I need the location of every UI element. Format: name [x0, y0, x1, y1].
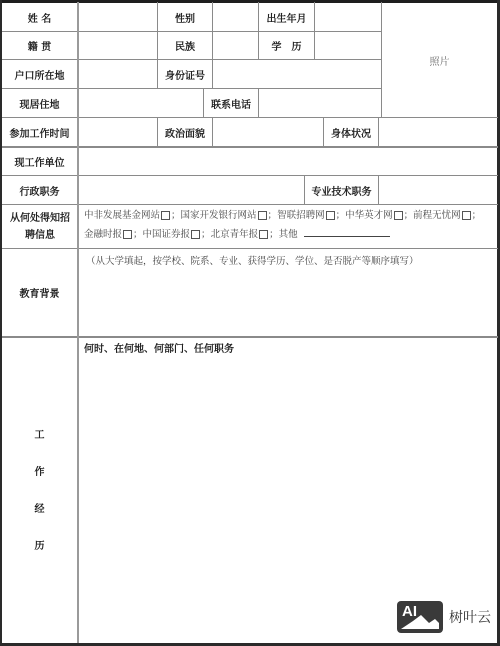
other-label: 其他	[279, 229, 298, 240]
ethnicity-label: 民族	[158, 32, 212, 59]
hukou-label: 户口所在地	[2, 60, 77, 88]
source-options-line-2: 金融时报；中国证券报；北京青年报；其他	[84, 225, 496, 244]
checkbox[interactable]	[123, 230, 132, 239]
checkbox[interactable]	[462, 211, 471, 220]
native-field[interactable]	[78, 32, 157, 59]
ethnicity-field[interactable]	[213, 32, 258, 59]
checkbox[interactable]	[258, 211, 267, 220]
application-form: 姓 名 性别 出生年月 照片 籍 贯 民族 学 历 户口所在地 身份证号 现居住…	[0, 0, 500, 646]
tech-post-label: 专业技术职务	[305, 176, 378, 204]
political-label: 政治面貌	[158, 118, 212, 146]
source-options: 中非发展基金网站；国家开发银行网站；智联招聘网；中华英才网；前程无忧网； 金融时…	[84, 206, 496, 248]
gender-label: 性别	[158, 3, 212, 31]
work-history-char: 工	[35, 426, 45, 441]
watermark-brand: 树叶云	[449, 607, 491, 627]
tech-post-field[interactable]	[379, 176, 497, 204]
option-zhaopin[interactable]: 智联招聘网；	[277, 210, 345, 221]
work-history-field[interactable]: 何时、在何地、何部门、任何职务	[84, 343, 496, 641]
option-ft[interactable]: 金融时报；	[84, 229, 143, 240]
education-label: 学 历	[259, 32, 314, 59]
name-field[interactable]	[78, 3, 157, 31]
address-field[interactable]	[78, 89, 203, 117]
checkbox[interactable]	[326, 211, 335, 220]
source-label: 从何处得知招聘信息	[6, 205, 74, 248]
id-label: 身份证号	[158, 60, 212, 88]
education-field[interactable]	[315, 32, 381, 59]
admin-post-label: 行政职务	[2, 176, 77, 204]
work-history-label: 工 作 经 历	[2, 338, 77, 643]
photo-box[interactable]: 照片	[382, 3, 497, 117]
native-label: 籍 贯	[2, 32, 77, 59]
employer-label: 现工作单位	[2, 148, 77, 175]
photo-label: 照片	[430, 53, 450, 68]
work-start-label: 参加工作时间	[2, 118, 77, 146]
employer-field[interactable]	[78, 148, 497, 175]
education-bg-field[interactable]: （从大学填起，按学校、院系、专业、获得学历、学位、是否脱产等顺序填写）	[86, 255, 496, 333]
gender-field[interactable]	[213, 3, 258, 31]
option-bjyouth[interactable]: 北京青年报；	[211, 229, 279, 240]
work-start-field[interactable]	[78, 118, 157, 146]
birth-label: 出生年月	[259, 3, 314, 31]
checkbox[interactable]	[161, 211, 170, 220]
checkbox[interactable]	[191, 230, 200, 239]
health-field[interactable]	[379, 118, 497, 146]
political-field[interactable]	[213, 118, 323, 146]
watermark: AI 树叶云	[397, 601, 491, 633]
id-field[interactable]	[213, 60, 381, 88]
option-51job[interactable]: 前程无忧网；	[413, 210, 481, 221]
education-bg-label: 教育背景	[2, 249, 77, 336]
admin-post-field[interactable]	[78, 176, 304, 204]
ai-logo-icon: AI	[397, 601, 443, 633]
option-cs[interactable]: 中国证券报；	[143, 229, 211, 240]
address-label: 现居住地	[2, 89, 77, 117]
birth-field[interactable]	[315, 3, 381, 31]
hukou-field[interactable]	[78, 60, 157, 88]
option-chinahr[interactable]: 中华英才网；	[345, 210, 413, 221]
work-history-char: 经	[35, 500, 45, 515]
source-options-line-1: 中非发展基金网站；国家开发银行网站；智联招聘网；中华英才网；前程无忧网；	[84, 206, 496, 225]
other-input[interactable]	[304, 226, 390, 237]
health-label: 身体状况	[324, 118, 378, 146]
work-history-char: 历	[35, 537, 45, 552]
option-cdb[interactable]: 国家开发银行网站；	[181, 210, 278, 221]
name-label: 姓 名	[2, 3, 77, 31]
work-history-char: 作	[35, 463, 45, 478]
option-cafund[interactable]: 中非发展基金网站；	[84, 210, 181, 221]
education-hint: （从大学填起，按学校、院系、专业、获得学历、学位、是否脱产等顺序填写）	[86, 256, 419, 267]
checkbox[interactable]	[394, 211, 403, 220]
phone-label: 联系电话	[204, 89, 258, 117]
work-hint: 何时、在何地、何部门、任何职务	[84, 344, 234, 355]
mountain-icon	[397, 601, 443, 633]
checkbox[interactable]	[259, 230, 268, 239]
phone-field[interactable]	[259, 89, 381, 117]
